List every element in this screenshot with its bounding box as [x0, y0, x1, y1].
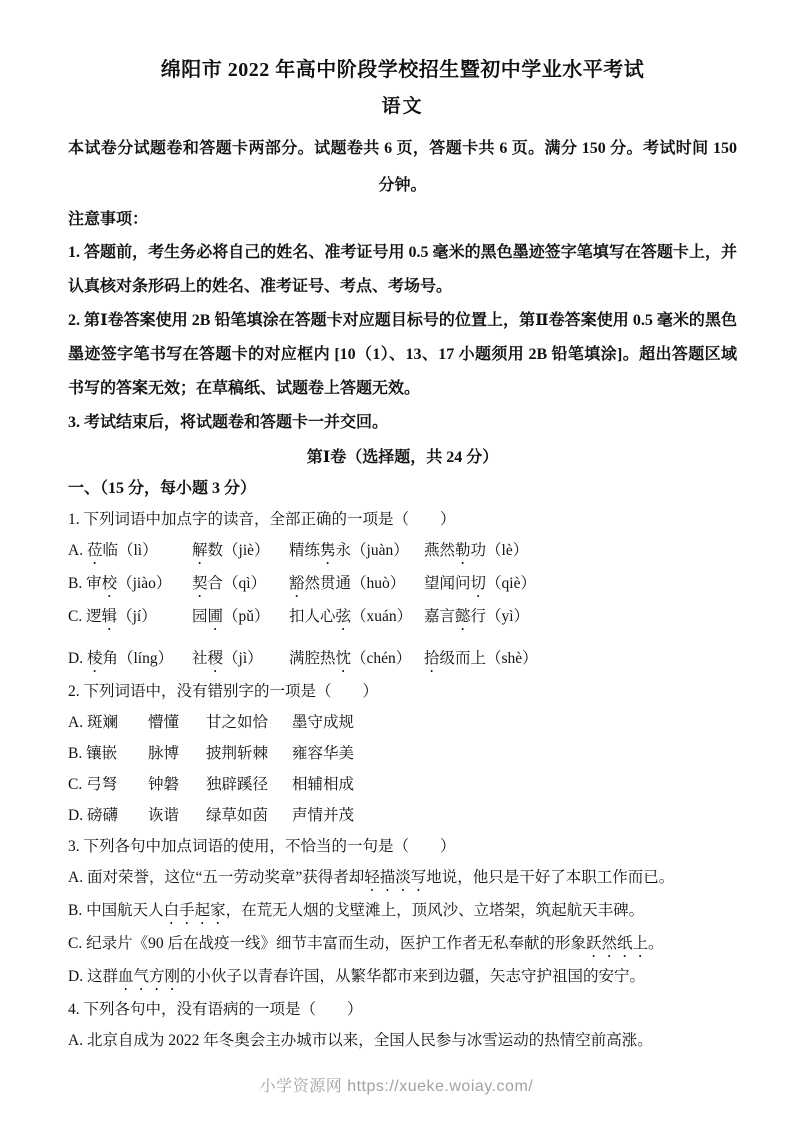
option-word: 声情并茂	[292, 800, 737, 831]
dotted-text: 勒	[455, 542, 471, 559]
option-cell: 解数（jiè）	[192, 535, 289, 568]
plain-text: （jiào）	[117, 575, 171, 592]
option-cell: 嘉言懿行（yì）	[424, 601, 737, 634]
dotted-text: 轻描淡写	[364, 869, 426, 886]
option-word: B. 镶嵌	[68, 738, 148, 769]
option-word: 懵懂	[148, 707, 206, 738]
plain-text: 嘉言	[424, 608, 455, 625]
question-1-option-d: D. 棱角（líng） 社稷（jì） 满腔热忱（chén） 拾级而上（shè）	[68, 643, 737, 676]
question-2-option-d: D. 磅礴 诙谐 绿草如茵 声情并茂	[68, 800, 737, 831]
plain-text: 级而上（shè）	[440, 650, 538, 667]
option-cell: 扣人心弦（xuán）	[289, 601, 424, 634]
plain-text: （chén）	[351, 650, 411, 667]
option-cell: D. 棱角（líng）	[68, 643, 192, 676]
dotted-text: 豁	[289, 575, 305, 592]
dotted-text: 忱	[336, 650, 352, 667]
option-cell: 精练隽永（juàn）	[289, 535, 424, 568]
dotted-text: 契	[192, 575, 208, 592]
plain-text: D.	[68, 650, 87, 667]
dotted-text: 拾	[424, 650, 440, 667]
option-word: 脉博	[148, 738, 206, 769]
option-cell: 社稷（jì）	[192, 643, 289, 676]
question-1-option-a: A. 莅临（lì） 解数（jiè） 精练隽永（juàn） 燕然勒功（lè）	[68, 535, 737, 568]
option-word: 披荆斩棘	[206, 738, 292, 769]
question-3-option-a: A. 面对荣誉，这位“五一劳动奖章”获得者却轻描淡写地说，他只是干好了本职工作而…	[68, 862, 737, 895]
option-cell: B. 审校（jiào）	[68, 568, 192, 601]
plain-text: （qiè）	[486, 575, 536, 592]
plain-text: 临（lì）	[102, 542, 157, 559]
exam-title: 绵阳市 2022 年高中阶段学校招生暨初中学业水平考试	[68, 56, 737, 84]
plain-text: 精练	[289, 542, 320, 559]
plain-text: B. 中国航天人	[68, 902, 164, 919]
dotted-text: 校	[102, 575, 118, 592]
dotted-text: 隽	[320, 542, 336, 559]
notice-item-3: 3. 考试结束后，将试题卷和答题卡一并交回。	[68, 406, 737, 440]
option-word: 钟磐	[148, 769, 206, 800]
plain-text: 望闻问	[424, 575, 471, 592]
option-word: 绿草如茵	[206, 800, 292, 831]
option-cell: 园圃（pǔ）	[192, 601, 289, 634]
option-word: C. 弓弩	[68, 769, 148, 800]
question-2-option-a: A. 斑斓 懵懂 甘之如恰 墨守成规	[68, 707, 737, 738]
question-3-option-b: B. 中国航天人白手起家，在荒无人烟的戈壁滩上，顶风沙、立塔架，筑起航天丰碑。	[68, 895, 737, 928]
notice-item-2: 2. 第Ⅰ卷答案使用 2B 铅笔填涂在答题卡对应题目标号的位置上，第Ⅱ卷答案使用…	[68, 304, 737, 406]
option-word: 相辅相成	[292, 769, 737, 800]
plain-text: 角（líng）	[102, 650, 173, 667]
notice-item-1: 1. 答题前，考生务必将自己的姓名、准考证号用 0.5 毫米的黑色墨迹签字笔填写…	[68, 236, 737, 304]
question-2-option-b: B. 镶嵌 脉博 披荆斩棘 雍容华美	[68, 738, 737, 769]
dotted-text: 血气方刚	[118, 968, 180, 985]
question-1-option-c: C. 逻辑（jí） 园圃（pǔ） 扣人心弦（xuán） 嘉言懿行（yì）	[68, 601, 737, 634]
plain-text: （jì）	[223, 650, 263, 667]
plain-text: （pǔ）	[223, 608, 270, 625]
part-heading: 一、（15 分，每小题 3 分）	[68, 474, 737, 504]
dotted-text: 懿	[455, 608, 471, 625]
question-1-option-b: B. 审校（jiào） 契合（qì） 豁然贯通（huò） 望闻问切（qiè）	[68, 568, 737, 601]
plain-text: 满腔热	[289, 650, 336, 667]
option-word: A. 斑斓	[68, 707, 148, 738]
plain-text: 社	[192, 650, 208, 667]
option-word: 独辟蹊径	[206, 769, 292, 800]
option-cell: A. 莅临（lì）	[68, 535, 192, 568]
plain-text: （xuán）	[351, 608, 412, 625]
option-word: D. 磅礴	[68, 800, 148, 831]
plain-text: A. 面对荣誉，这位“五一劳动奖章”获得者却	[68, 869, 364, 886]
plain-text: 地说，他只是干好了本职工作而已。	[426, 869, 674, 886]
plain-text: A.	[68, 542, 87, 559]
dotted-text: 圃	[208, 608, 224, 625]
plain-text: （jí）	[117, 608, 157, 625]
dotted-text: 弦	[336, 608, 352, 625]
plain-text: 园	[192, 608, 208, 625]
volume-heading: 第Ⅰ卷（选择题，共 24 分）	[68, 442, 737, 474]
watermark-footer: 小学资源网 https://xueke.woiay.com/	[0, 1073, 793, 1096]
option-cell: 契合（qì）	[192, 568, 289, 601]
plain-text: 功（lè）	[471, 542, 529, 559]
dotted-text: 白手起家	[164, 902, 226, 919]
option-cell: 拾级而上（shè）	[424, 643, 737, 676]
question-2-stem: 2. 下列词语中，没有错别字的一项是（ ）	[68, 677, 737, 707]
plain-text: C. 纪录片《90 后在战疫一线》细节丰富而生动，医护工作者无私奉献的形象	[68, 935, 586, 952]
question-2-option-c: C. 弓弩 钟磐 独辟蹊径 相辅相成	[68, 769, 737, 800]
option-word: 雍容华美	[292, 738, 737, 769]
option-word: 甘之如恰	[206, 707, 292, 738]
plain-text: 数（jiè）	[208, 542, 270, 559]
option-word: 诙谐	[148, 800, 206, 831]
exam-subject: 语文	[68, 94, 737, 120]
exam-paper-page: 绵阳市 2022 年高中阶段学校招生暨初中学业水平考试 语文 本试卷分试题卷和答…	[0, 0, 793, 1122]
plain-text: 。	[648, 935, 664, 952]
dotted-text: 切	[471, 575, 487, 592]
plain-text: 的小伙子以青春许国，从繁华都市来到边疆，矢志守护祖国的安宁。	[180, 968, 645, 985]
notice-heading: 注意事项：	[68, 204, 737, 236]
question-1-stem: 1. 下列词语中加点字的读音，全部正确的一项是（ ）	[68, 505, 737, 535]
plain-text: 行（yì）	[471, 608, 530, 625]
exam-intro: 本试卷分试题卷和答题卡两部分。试题卷共 6 页，答题卡共 6 页。满分 150 …	[68, 130, 737, 204]
option-word: 墨守成规	[292, 707, 737, 738]
option-cell: C. 逻辑（jí）	[68, 601, 192, 634]
option-cell: 满腔热忱（chén）	[289, 643, 424, 676]
question-4-stem: 4. 下列各句中，没有语病的一项是（ ）	[68, 995, 737, 1025]
question-4-option-a: A. 北京自成为 2022 年冬奥会主办城市以来，全国人民参与冰雪运动的热情空前…	[68, 1025, 737, 1056]
plain-text: 扣人心	[289, 608, 336, 625]
plain-text: 然贯通（huò）	[305, 575, 406, 592]
plain-text: 燕然	[424, 542, 455, 559]
dotted-text: 稷	[208, 650, 224, 667]
plain-text: ，在荒无人烟的戈壁滩上，顶风沙、立塔架，筑起航天丰碑。	[226, 902, 645, 919]
plain-text: D. 这群	[68, 968, 118, 985]
dotted-text: 辑	[102, 608, 118, 625]
plain-text: 合（qì）	[208, 575, 267, 592]
question-3-stem: 3. 下列各句中加点词语的使用，不恰当的一句是（ ）	[68, 832, 737, 862]
dotted-text: 莅	[87, 542, 103, 559]
dotted-text: 跃然纸上	[586, 935, 648, 952]
dotted-text: 解	[192, 542, 208, 559]
question-3-option-d: D. 这群血气方刚的小伙子以青春许国，从繁华都市来到边疆，矢志守护祖国的安宁。	[68, 961, 737, 994]
option-cell: 豁然贯通（huò）	[289, 568, 424, 601]
dotted-text: 棱	[87, 650, 103, 667]
option-cell: 燕然勒功（lè）	[424, 535, 737, 568]
plain-text: B. 审	[68, 575, 102, 592]
plain-text: C. 逻	[68, 608, 102, 625]
question-3-option-c: C. 纪录片《90 后在战疫一线》细节丰富而生动，医护工作者无私奉献的形象跃然纸…	[68, 928, 737, 961]
option-cell: 望闻问切（qiè）	[424, 568, 737, 601]
plain-text: 永（juàn）	[336, 542, 409, 559]
